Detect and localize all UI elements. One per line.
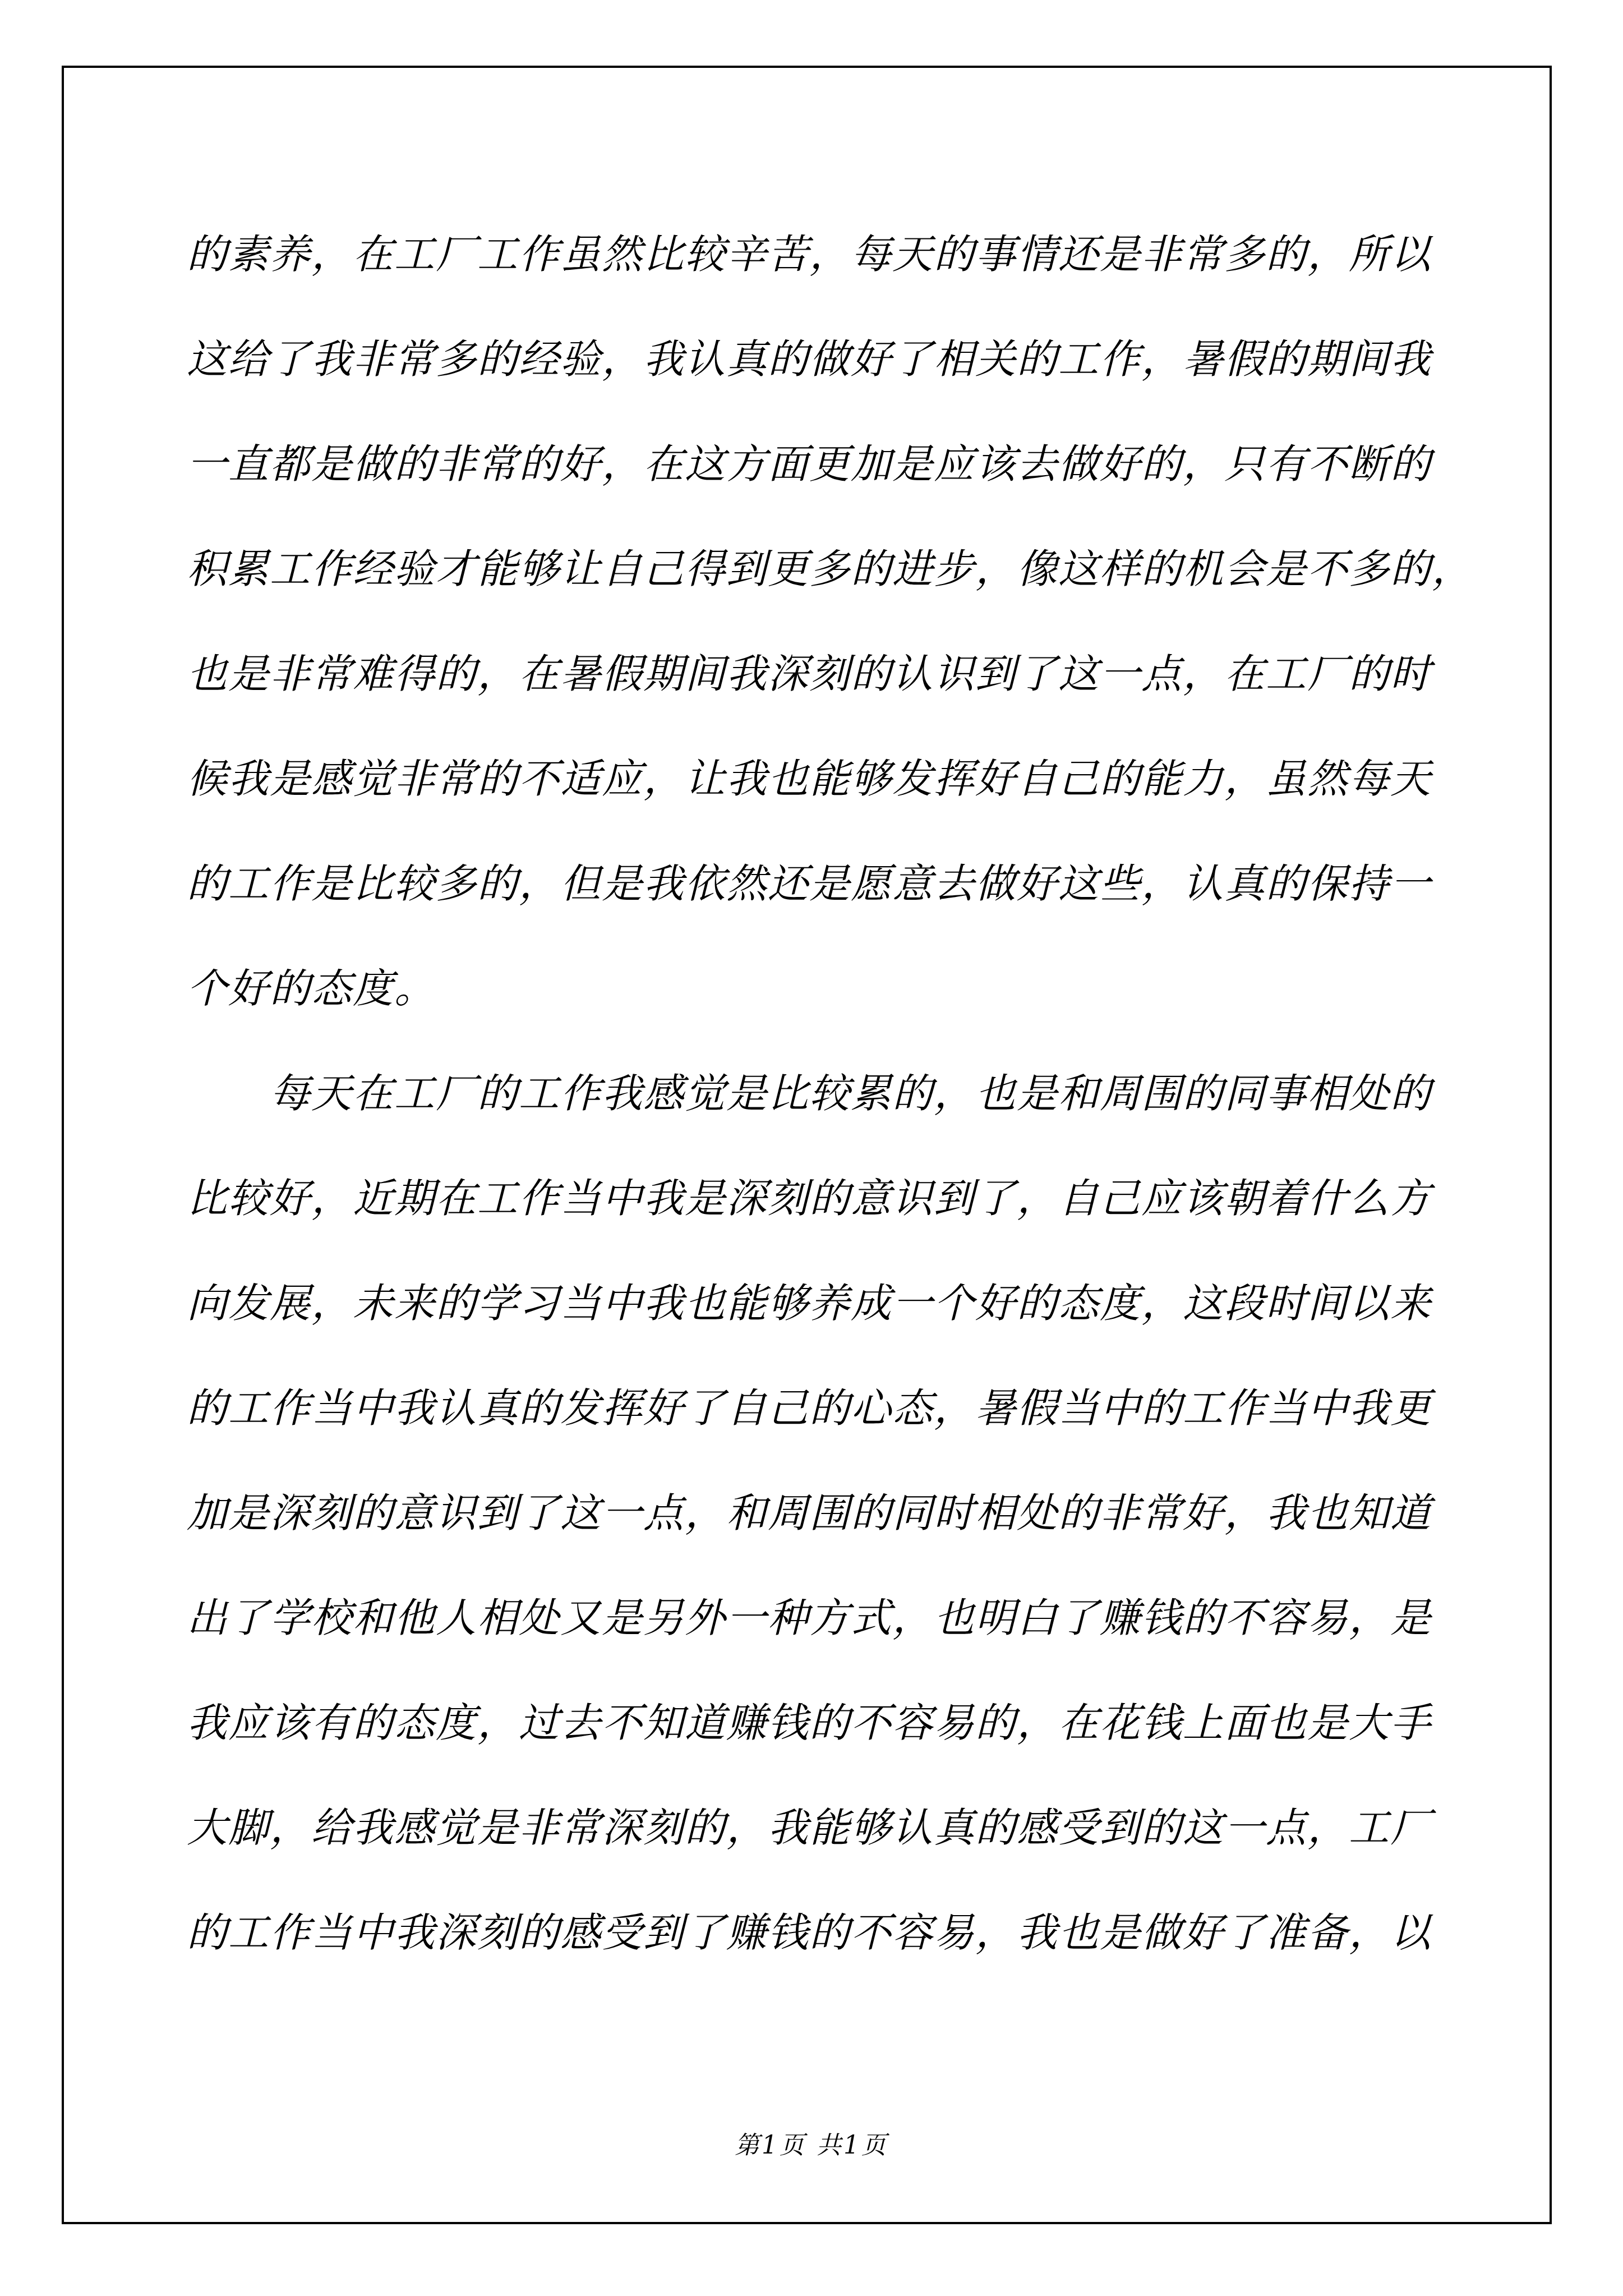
text-line: 的素养，在工厂工作虽然比较辛苦，每天的事情还是非常多的，所以 bbox=[187, 202, 1437, 307]
text-line: 个好的态度。 bbox=[187, 936, 1437, 1041]
text-line: 一直都是做的非常的好，在这方面更加是应该去做好的，只有不断的 bbox=[187, 412, 1437, 517]
text-line: 加是深刻的意识到了这一点，和周围的同时相处的非常好，我也知道 bbox=[187, 1461, 1437, 1566]
document-body: 的素养，在工厂工作虽然比较辛苦，每天的事情还是非常多的，所以 这给了我非常多的经… bbox=[187, 202, 1437, 1985]
text-line: 的工作当中我认真的发挥好了自己的心态，暑假当中的工作当中我更 bbox=[187, 1356, 1437, 1461]
text-line: 候我是感觉非常的不适应，让我也能够发挥好自己的能力，虽然每天 bbox=[187, 726, 1437, 831]
text-line: 大脚，给我感觉是非常深刻的，我能够认真的感受到的这一点，工厂 bbox=[187, 1775, 1437, 1880]
text-line: 积累工作经验才能够让自己得到更多的进步，像这样的机会是不多的， bbox=[187, 517, 1437, 622]
page-footer: 第1页 共1页 bbox=[0, 2125, 1623, 2161]
text-line: 每天在工厂的工作我感觉是比较累的，也是和周围的同事相处的 bbox=[187, 1041, 1437, 1146]
page-number: 第1页 共1页 bbox=[735, 2131, 888, 2160]
text-line: 比较好，近期在工作当中我是深刻的意识到了，自己应该朝着什么方 bbox=[187, 1146, 1437, 1251]
text-line: 也是非常难得的，在暑假期间我深刻的认识到了这一点，在工厂的时 bbox=[187, 622, 1437, 726]
text-line: 我应该有的态度，过去不知道赚钱的不容易的，在花钱上面也是大手 bbox=[187, 1671, 1437, 1775]
text-line: 向发展，未来的学习当中我也能够养成一个好的态度，这段时间以来 bbox=[187, 1251, 1437, 1356]
text-line: 出了学校和他人相处又是另外一种方式，也明白了赚钱的不容易，是 bbox=[187, 1566, 1437, 1671]
text-line: 的工作当中我深刻的感受到了赚钱的不容易，我也是做好了准备，以 bbox=[187, 1880, 1437, 1985]
text-line: 的工作是比较多的，但是我依然还是愿意去做好这些，认真的保持一 bbox=[187, 831, 1437, 936]
text-line: 这给了我非常多的经验，我认真的做好了相关的工作，暑假的期间我 bbox=[187, 307, 1437, 412]
